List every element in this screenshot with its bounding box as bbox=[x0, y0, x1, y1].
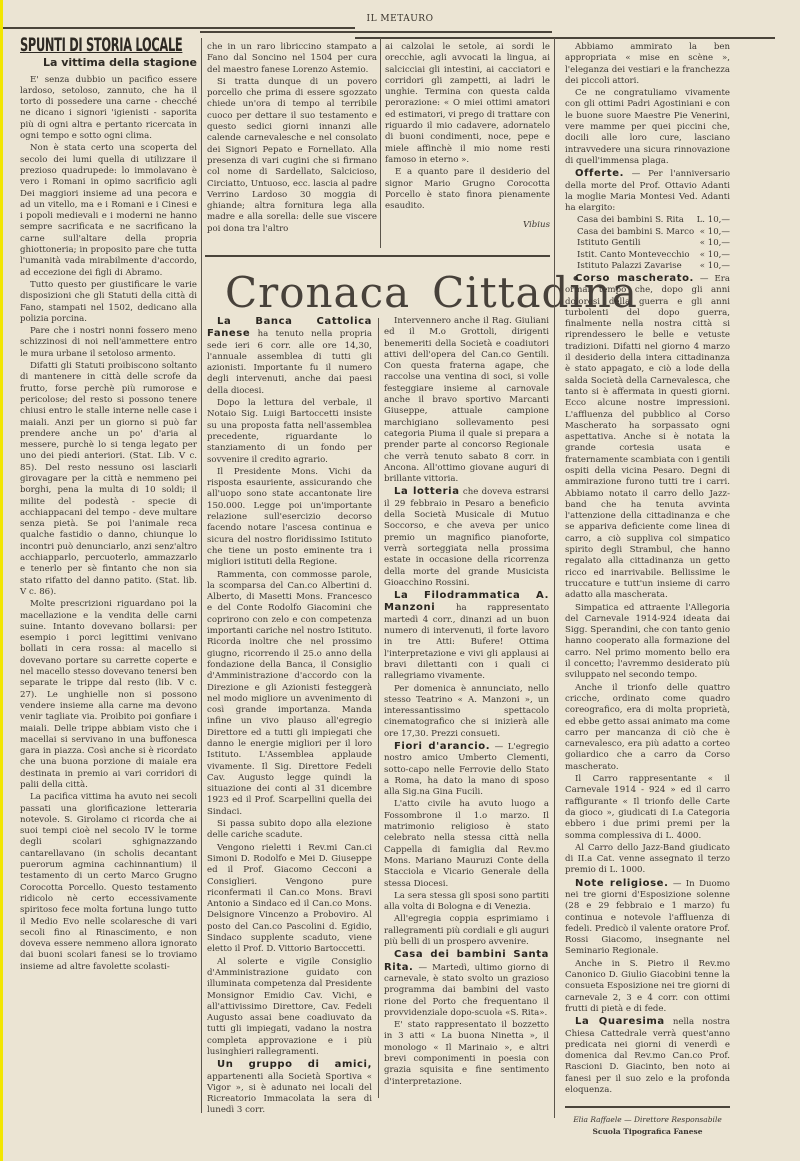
paragraph: La sera stessa gli sposi sono partiti al… bbox=[384, 891, 549, 914]
paragraph: L'atto civile ha avuto luogo a Fossombro… bbox=[384, 799, 549, 889]
column-divider bbox=[380, 38, 381, 248]
paragraph: Tutto questo per giustificare le varie d… bbox=[20, 280, 197, 325]
paragraph: E' stato rappresentato il bozzetto in 3 … bbox=[384, 1020, 549, 1088]
paragraph: Per domenica è annunciato, nello stesso … bbox=[384, 684, 549, 740]
paragraph: E' senza dubbio un pacifico essere lardo… bbox=[20, 75, 197, 143]
headline: La lotteria bbox=[394, 486, 460, 497]
paragraph: che doveva estrarsi il 29 febbraio in Pe… bbox=[384, 487, 549, 587]
section-title: SPUNTI DI STORIA LOCALE bbox=[20, 40, 126, 51]
cronaca-column-a: La Banca Cattolica Fanese ha tenuto nell… bbox=[207, 316, 372, 1118]
paragraph: Difatti gli Statuti proibiscono soltanto… bbox=[20, 361, 197, 598]
footer-rule bbox=[565, 1106, 730, 1108]
spunti-continued-col3: ai calzolai le setole, ai sordi le orecc… bbox=[385, 42, 550, 232]
footer-editor: Elia Raffaele — Direttore Responsabile bbox=[565, 1114, 730, 1125]
table-row: Istituto Gentili« 10,— bbox=[565, 238, 730, 250]
paragraph: Molte prescrizioni riguardano poi la mac… bbox=[20, 599, 197, 791]
paragraph: nella nostra Chiesa Cattedrale verrà que… bbox=[565, 1017, 730, 1095]
paragraph: Ce ne congratuliamo vivamente con gli ot… bbox=[565, 88, 730, 167]
title-word: Cronaca bbox=[225, 268, 410, 317]
paragraph: Il Carro rappresentante « il Carnevale 1… bbox=[565, 774, 730, 842]
cronaca-column-b: Intervennero anche il Rag. Giuliani ed i… bbox=[384, 316, 549, 1089]
table-row: Casa dei bambini S. RitaL. 10,— bbox=[565, 215, 730, 227]
article-offerte: Offerte. — Per l'anniversario della mort… bbox=[565, 168, 730, 214]
article-quaresima: La Quaresima nella nostra Chiesa Cattedr… bbox=[565, 1016, 730, 1096]
column-divider bbox=[554, 38, 555, 1118]
paragraph: Vengono rieletti i Rev.mi Can.ci Simoni … bbox=[207, 843, 372, 956]
paragraph: Dopo la lettura del verbale, il Notaio S… bbox=[207, 398, 372, 466]
paragraph: La pacifica vittima ha avuto nei secoli … bbox=[20, 792, 197, 973]
headline: Offerte. bbox=[575, 168, 624, 179]
table-row: Istituto Palazzi Zavarise« 10,— bbox=[565, 261, 730, 273]
paragraph: Si tratta dunque di un povero porcello c… bbox=[207, 77, 377, 235]
paragraph: Il Presidente Mons. Vichi da risposta es… bbox=[207, 467, 372, 569]
article-filodrammatica: La Filodrammatica A. Manzoni ha rapprese… bbox=[384, 590, 549, 682]
header-rule bbox=[355, 37, 775, 39]
article-santa-rita: Casa dei bambini Santa Rita. — Martedì, … bbox=[384, 949, 549, 1019]
paragraph: All'egregia coppia esprimiamo i rallegra… bbox=[384, 914, 549, 948]
headline: La Quaresima bbox=[575, 1016, 665, 1027]
right-column: Abbiamo ammirato la ben appropriata « mi… bbox=[565, 42, 730, 1137]
spunti-continued-col2: che in un raro libriccino stampato a Fan… bbox=[207, 42, 377, 236]
article-lotteria: La lotteria che doveva estrarsi il 29 fe… bbox=[384, 486, 549, 589]
spunti-column: SPUNTI DI STORIA LOCALE La vittima della… bbox=[20, 40, 197, 974]
paragraph: Simpatica ed attraente l'Allegoria del C… bbox=[565, 603, 730, 682]
footer-printer: Scuola Tipografica Fanese bbox=[565, 1126, 730, 1137]
paragraph: che in un raro libriccino stampato a Fan… bbox=[207, 42, 377, 76]
table-row: Casa dei bambini S. Marco« 10,— bbox=[565, 227, 730, 239]
article-note-religiose: Note religiose. — In Duomo nei tre giorn… bbox=[565, 878, 730, 958]
paragraph: Non è stata certo una scoperta del secol… bbox=[20, 143, 197, 279]
headline: Un gruppo di amici, bbox=[217, 1059, 372, 1070]
column-divider bbox=[201, 38, 202, 1113]
paragraph: Al solerte e vigile Consiglio d'Amminist… bbox=[207, 957, 372, 1059]
scan-edge bbox=[0, 0, 3, 1161]
article-banca: La Banca Cattolica Fanese ha tenuto nell… bbox=[207, 316, 372, 397]
article-fiori: Fiori d'arancio. — L'egregio nostro amic… bbox=[384, 741, 549, 798]
paragraph: Rammenta, con commosse parole, la scompa… bbox=[207, 570, 372, 819]
article-corso: Corso mascherato. — Era ormai tempo che,… bbox=[565, 273, 730, 602]
headline: Fiori d'arancio. bbox=[394, 741, 490, 752]
paragraph: ai calzolai le setole, ai sordi le orecc… bbox=[385, 42, 550, 166]
paragraph: Al Carro dello Jazz-Band giudicato di II… bbox=[565, 843, 730, 877]
header-rule bbox=[3, 27, 355, 29]
header-rule bbox=[200, 31, 552, 33]
paragraph: Anche il trionfo delle quattro cricche, … bbox=[565, 683, 730, 773]
table-row: Istit. Canto Montevecchio« 10,— bbox=[565, 250, 730, 262]
headline: Corso mascherato. bbox=[575, 273, 694, 284]
paragraph: Abbiamo ammirato la ben appropriata « mi… bbox=[565, 42, 730, 87]
paragraph: Pare che i nostri nonni fossero meno sch… bbox=[20, 326, 197, 360]
paragraph: Intervennero anche il Rag. Giuliani ed i… bbox=[384, 316, 549, 485]
paragraph: appartenenti alla Società Sportiva « Vig… bbox=[207, 1072, 372, 1116]
column-divider bbox=[378, 318, 379, 1098]
paragraph: — Era ormai tempo che, dopo gli anni dol… bbox=[565, 274, 730, 600]
offerte-table: Casa dei bambini S. RitaL. 10,— Casa dei… bbox=[565, 215, 730, 273]
paragraph: — In Duomo nei tre giorni d'Esposizione … bbox=[565, 879, 730, 957]
headline: Note religiose. bbox=[575, 878, 668, 889]
masthead: IL METAURO bbox=[0, 14, 800, 24]
article-subtitle: La vittima della stagione bbox=[20, 57, 197, 68]
section-rule bbox=[205, 255, 550, 257]
paragraph: ha rappresentato martedì 4 corr., dinanz… bbox=[384, 603, 549, 681]
author-signature: Vibius bbox=[385, 220, 550, 231]
paragraph: Si passa subito dopo alla elezione delle… bbox=[207, 819, 372, 842]
article-gruppo: Un gruppo di amici, appartenenti alla So… bbox=[207, 1059, 372, 1116]
paragraph: E a quanto pare il desiderio del signor … bbox=[385, 167, 550, 212]
paragraph: Anche in S. Pietro il Rev.mo Canonico D.… bbox=[565, 959, 730, 1015]
